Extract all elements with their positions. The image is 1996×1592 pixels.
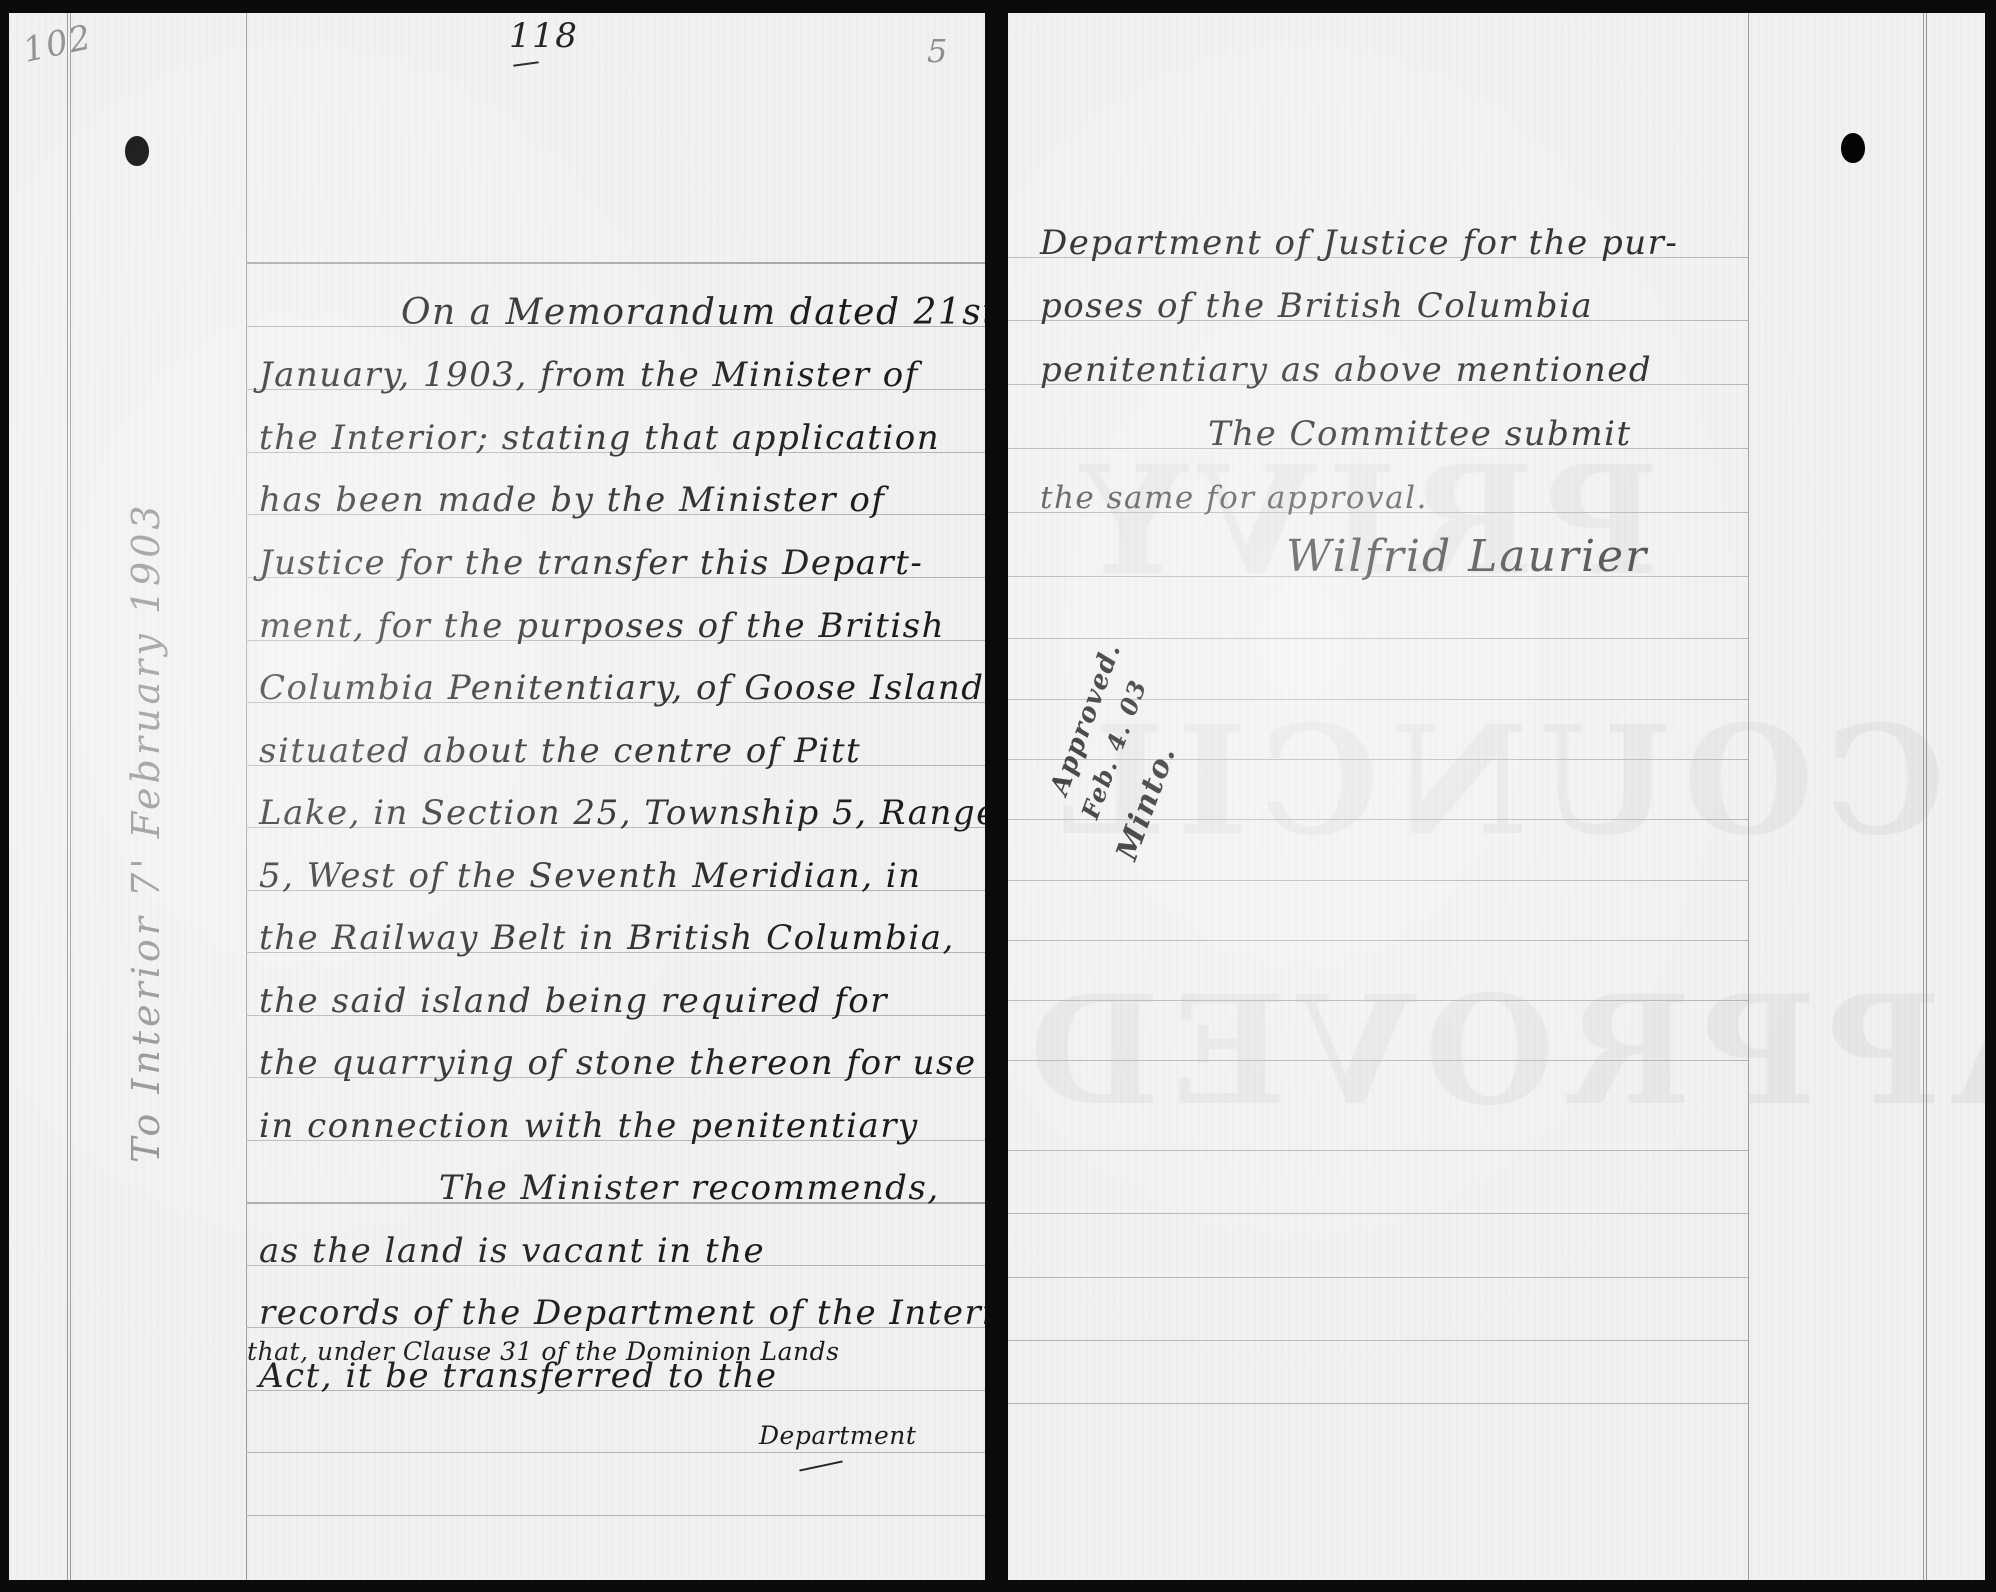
catchword: Department (759, 1423, 916, 1448)
ruled-line (1008, 880, 1748, 881)
margin-line (70, 13, 71, 1580)
corner-number: 5 (927, 35, 949, 67)
page-number: 118 (509, 19, 578, 53)
text-line: Lake, in Section 25, Township 5, Range (259, 796, 985, 830)
margin-line (1748, 13, 1749, 1580)
ruled-line (246, 262, 985, 264)
ruled-line (1008, 638, 1748, 639)
ruled-line (1008, 819, 1748, 820)
catchword-underline (799, 1460, 842, 1471)
text-line: in connection with the penitentiary (259, 1109, 919, 1143)
text-line: 5, West of the Seventh Meridian, in (259, 859, 922, 893)
ruled-line (1008, 1403, 1748, 1404)
text-line: Act, it be transferred to the (259, 1359, 777, 1393)
text-line: ment, for the purposes of the British (259, 609, 945, 643)
margin-line (67, 13, 68, 1580)
text-line: Department of Justice for the pur- (1040, 226, 1678, 260)
text-line: The Minister recommends, (439, 1171, 940, 1205)
punch-hole-icon (125, 136, 149, 166)
text-line: the same for approval. (1040, 483, 1428, 514)
text-line: has been made by the Minister of (259, 483, 885, 517)
text-line: situated about the centre of Pitt (259, 734, 861, 768)
right-page: PRIVY COUNCIL APPROVED Department of Jus… (1008, 13, 1985, 1580)
text-line: the Railway Belt in British Columbia, (259, 921, 955, 955)
ruled-line (1008, 1277, 1748, 1278)
left-page: 102 118 5 To Interior 7' February 1903 O… (9, 13, 985, 1580)
page-number-underline (513, 61, 539, 67)
text-line: as the land is vacant in the (259, 1234, 765, 1268)
text-line: The Committee submit (1208, 417, 1632, 451)
margin-line (1923, 13, 1924, 1580)
margin-line (1926, 13, 1927, 1580)
text-line: the said island being required for (259, 984, 888, 1018)
bleed-through-text: COUNCIL (1048, 693, 1945, 869)
text-line: the Interior; stating that application (259, 421, 940, 455)
ruled-line (246, 1452, 985, 1453)
text-line: the quarrying of stone thereon for use (259, 1046, 977, 1080)
text-line: records of the Department of the Interio… (259, 1296, 985, 1330)
text-line: Justice for the transfer this Depart- (259, 546, 923, 580)
text-line: Columbia Penitentiary, of Goose Island, (259, 671, 985, 705)
folio-mark: 102 (20, 20, 95, 68)
ruled-line (1008, 940, 1748, 941)
text-line: poses of the British Columbia (1040, 289, 1593, 323)
ruled-line (1008, 1150, 1748, 1151)
ruled-line (1008, 1000, 1748, 1001)
text-line: January, 1903, from the Minister of (259, 358, 919, 392)
text-line: penitentiary as above mentioned (1040, 353, 1652, 387)
bleed-through-text: APPROVED (1018, 963, 1985, 1139)
text-line: On a Memorandum dated 21st (401, 295, 985, 331)
ruled-line (246, 1515, 985, 1516)
ruled-line (1008, 1213, 1748, 1214)
margin-note: To Interior 7' February 1903 (127, 501, 165, 1163)
ruled-line (1008, 1340, 1748, 1341)
signature: Wilfrid Laurier (1286, 535, 1648, 579)
ruled-line (1008, 1060, 1748, 1061)
punch-hole-icon (1841, 133, 1865, 163)
bleed-through-text: PRIVY (1068, 433, 1659, 609)
